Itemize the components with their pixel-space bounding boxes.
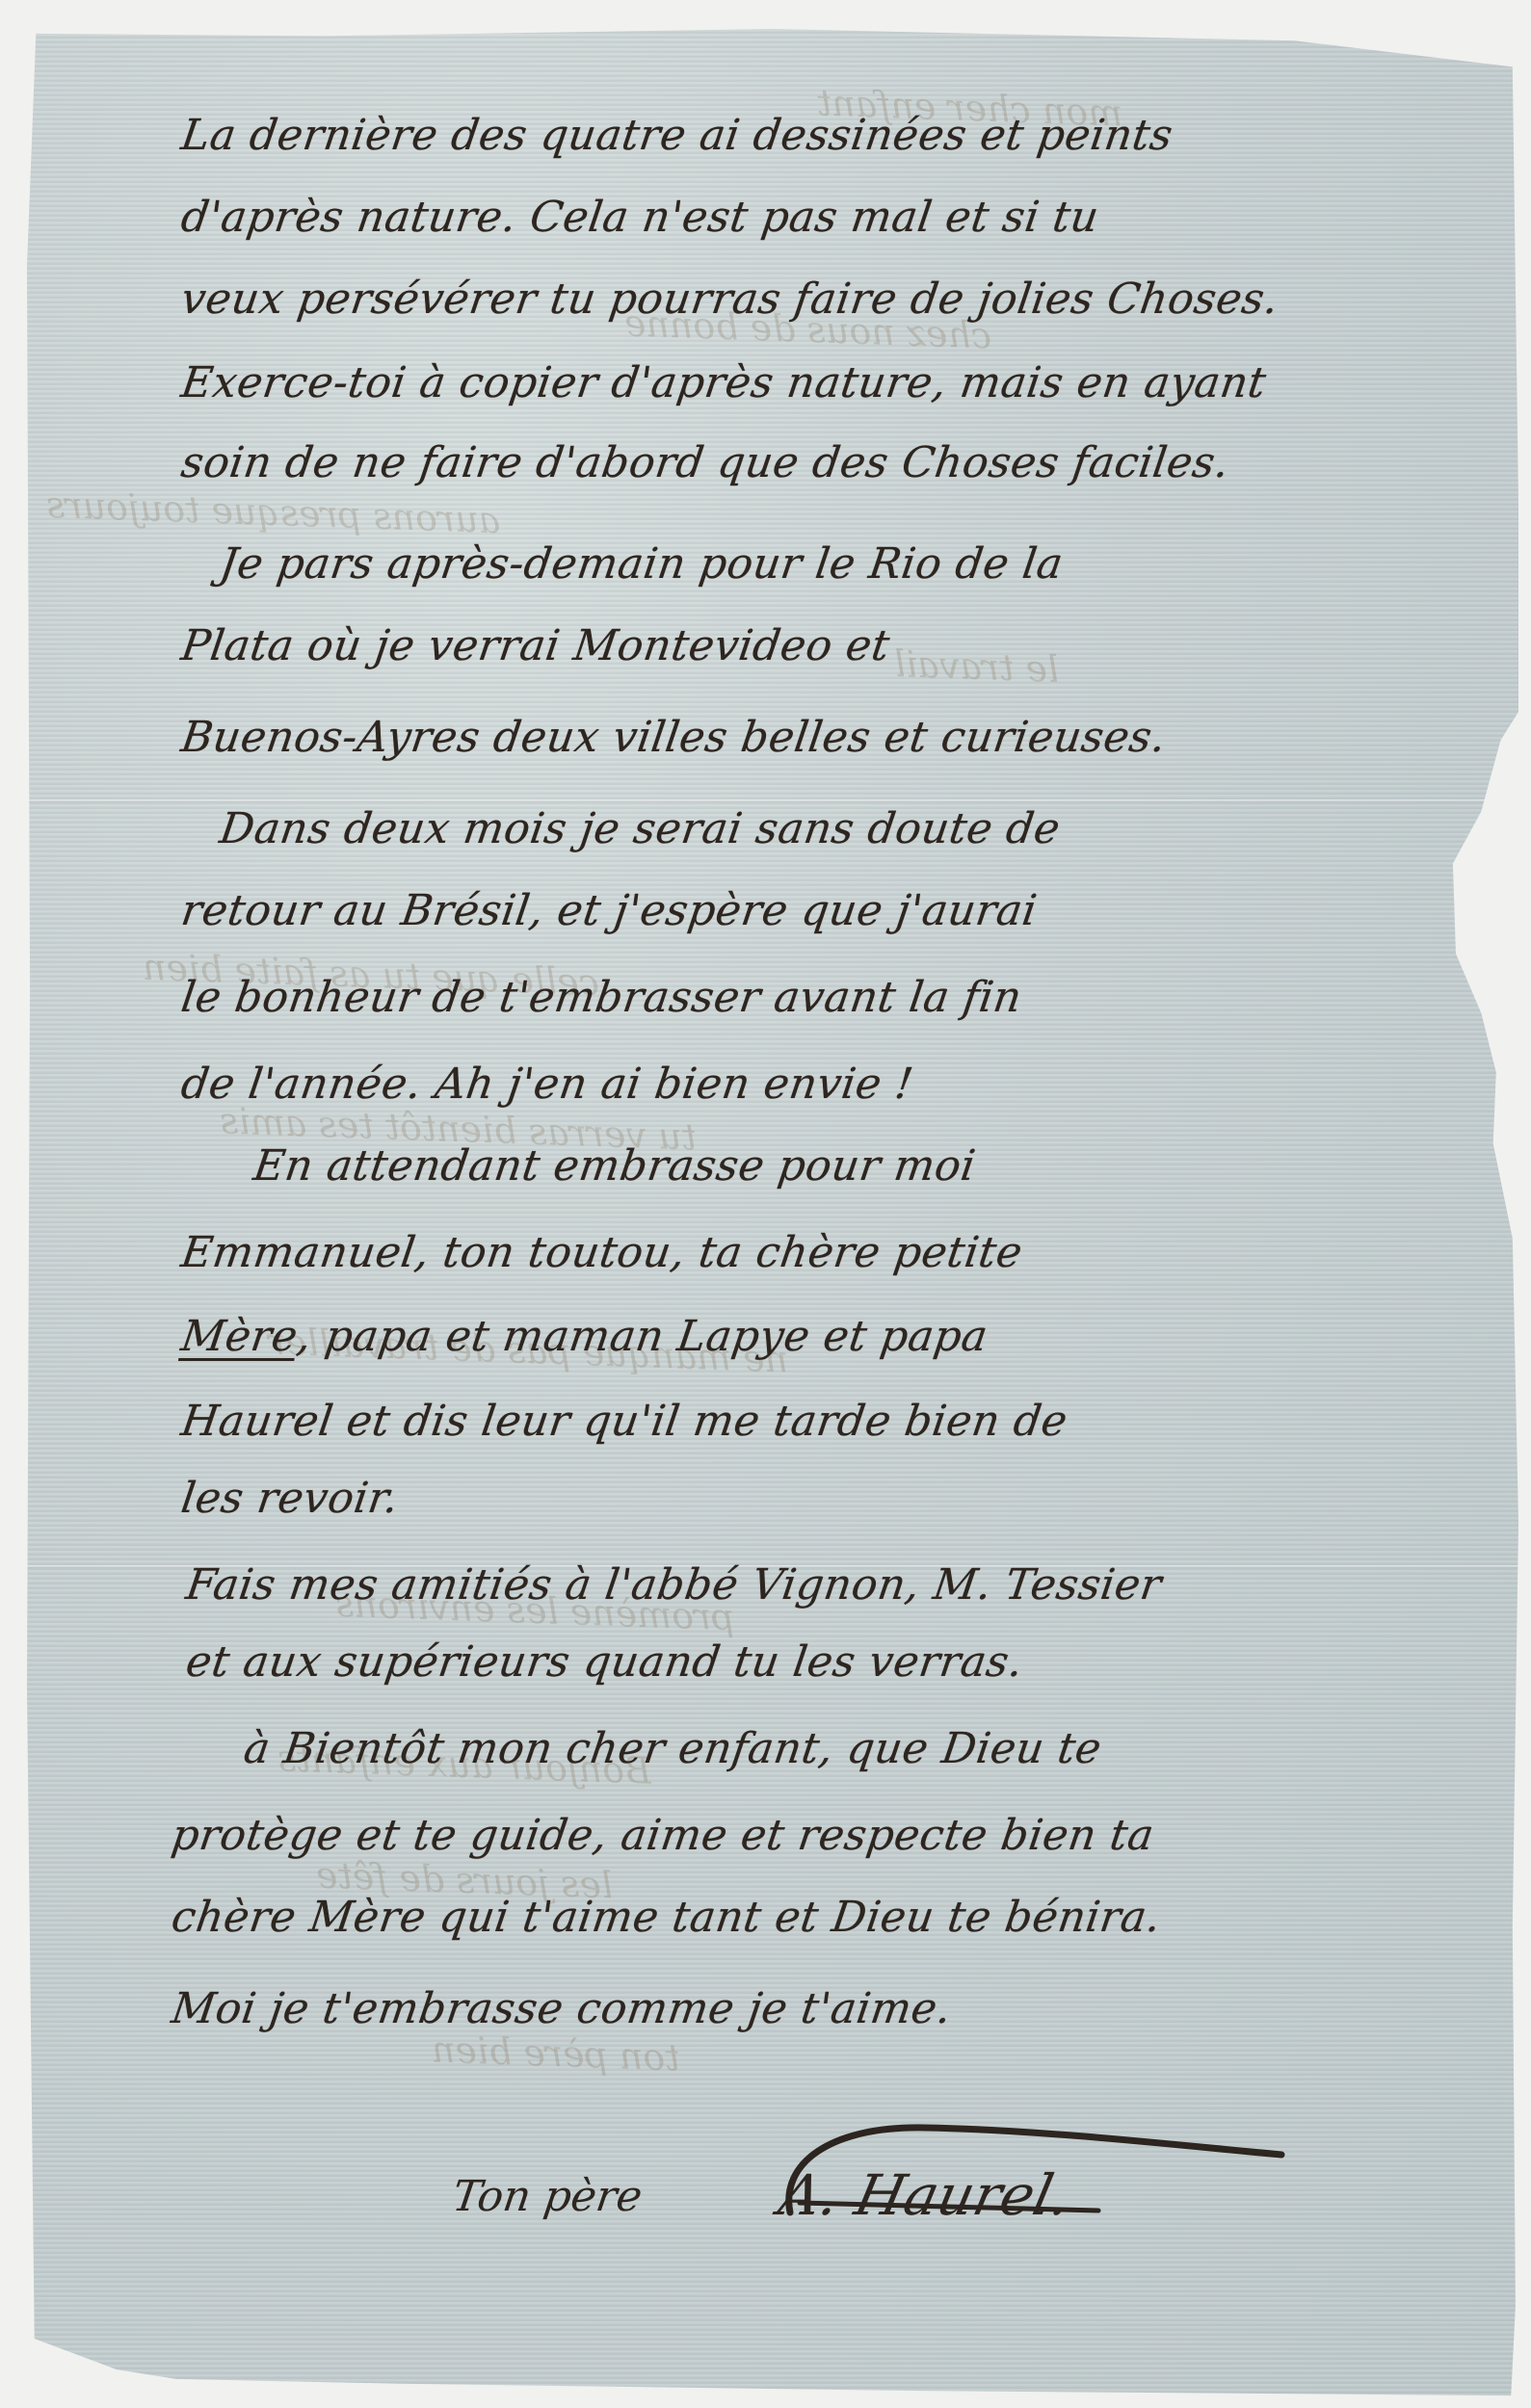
- letter-line-16: Haurel et dis leur qu'il me tarde bien d…: [178, 1397, 1070, 1446]
- closing-text: Ton père: [449, 2172, 645, 2221]
- letter-line-23: Moi je t'embrasse comme je t'aime.: [169, 1984, 955, 2033]
- letter-line-20: à Bientôt mon cher enfant, que Dieu te: [241, 1724, 1104, 1773]
- letter-line-12: de l'année. Ah j'en ai bien envie !: [178, 1060, 916, 1109]
- letter-line-18: Fais mes amitiés à l'abbé Vignon, M. Tes…: [183, 1560, 1165, 1610]
- letter-line-2: d'après nature. Cela n'est pas mal et si…: [178, 193, 1102, 242]
- letter-line-21: protège et te guide, aime et respecte bi…: [169, 1811, 1157, 1860]
- letter-line-14: Emmanuel, ton toutou, ta chère petite: [178, 1228, 1025, 1277]
- line-15-rest: , papa et maman Lapye et papa: [294, 1312, 990, 1361]
- letter-line-4: Exerce-toi à copier d'après nature, mais…: [178, 358, 1269, 407]
- underlined-word: Mère: [178, 1312, 301, 1361]
- letter-line-11: le bonheur de t'embrasser avant la fin: [178, 973, 1025, 1022]
- letter-line-15: Mère, papa et maman Lapye et papa: [178, 1312, 991, 1361]
- letter-line-8: Buenos-Ayres deux villes belles et curie…: [178, 713, 1169, 762]
- letter-line-5: soin de ne faire d'abord que des Choses …: [178, 438, 1232, 487]
- letter-line-19: et aux supérieurs quand tu les verras.: [183, 1637, 1026, 1687]
- letter-line-7: Plata où je verrai Montevideo et: [178, 621, 893, 670]
- letter-line-17: les revoir.: [178, 1474, 402, 1523]
- letter-line-6: Je pars après-demain pour le Rio de la: [217, 539, 1067, 589]
- letter-line-3: veux persévérer tu pourras faire de joli…: [178, 275, 1281, 324]
- letter-line-1: La dernière des quatre ai dessinées et p…: [178, 111, 1175, 160]
- letter-line-22: chère Mère qui t'aime tant et Dieu te bé…: [169, 1893, 1164, 1942]
- signature: A. Haurel.: [774, 2162, 1077, 2228]
- letter-line-9: Dans deux mois je serai sans doute de: [217, 804, 1064, 853]
- letter-line-13: En attendant embrasse pour moi: [251, 1141, 979, 1191]
- letter-line-10: retour au Brésil, et j'espère que j'aura…: [178, 886, 1040, 935]
- letter-body: La dernière des quatre ai dessinées et p…: [0, 0, 1531, 2408]
